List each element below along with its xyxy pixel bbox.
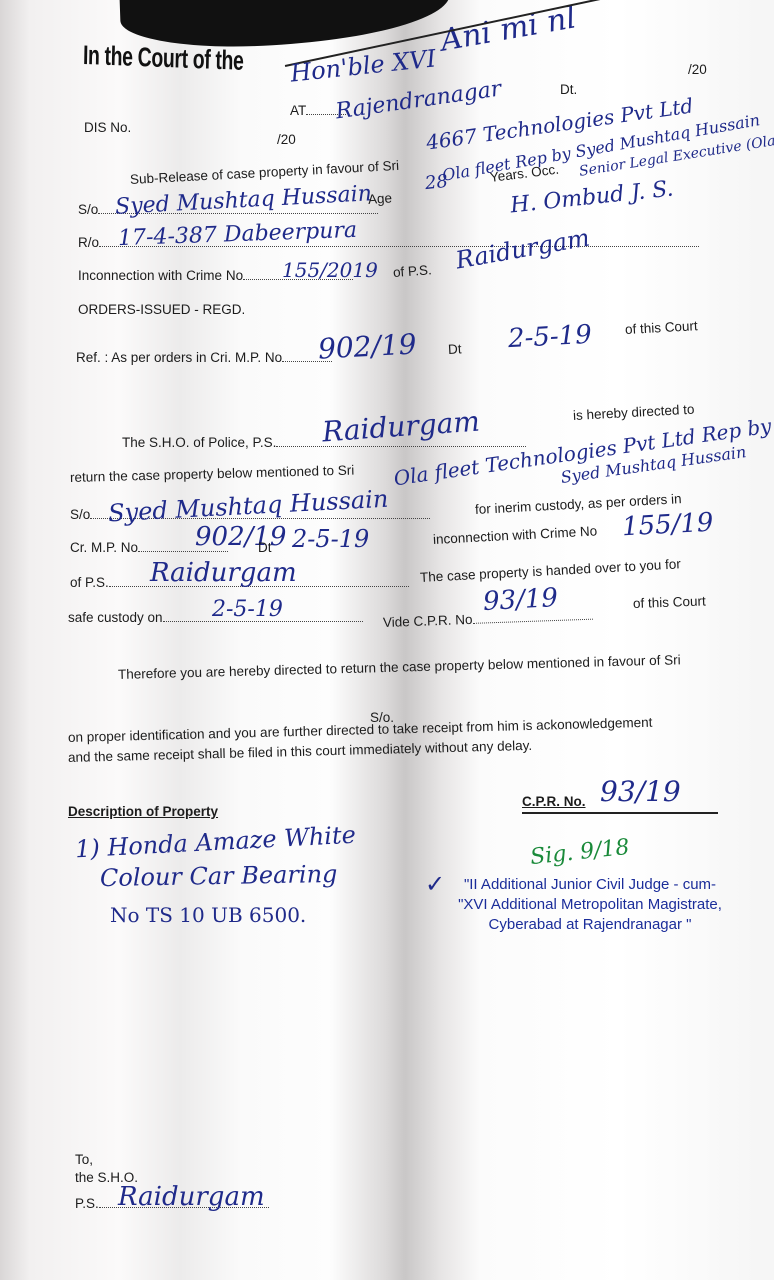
dt-year: /20: [688, 62, 707, 77]
identification-line-1: on proper identification and you are fur…: [68, 715, 653, 745]
age-label: Age: [367, 190, 392, 207]
occ-extra-handwriting: H. Ombud J. S.: [509, 177, 674, 219]
safe-custody-handwriting: 2-5-19: [212, 597, 283, 622]
footer-ps-handwriting: Raidurgam: [118, 1182, 265, 1212]
stamp-line-3: Cyberabad at Rajendranagar ": [440, 915, 740, 935]
ps-label: of P.S.: [392, 262, 432, 280]
stamp-line-1: "II Additional Junior Civil Judge - cum-: [440, 875, 740, 895]
ofps-handwriting: Raidurgam: [150, 558, 297, 588]
stamp-line-2: "XVI Additional Metropolitan Magistrate,: [440, 895, 740, 915]
mp-handwriting: 902/19: [317, 327, 417, 365]
at-handwriting: Rajendranagar: [334, 77, 503, 125]
handed-over: The case property is handed over to you …: [420, 556, 682, 585]
body-of-court: of this Court: [633, 593, 706, 611]
body-crime-handwriting: 155/19: [621, 508, 714, 543]
cpr-handwriting: 93/19: [600, 775, 681, 808]
judge-signature: Sig. 9/18: [529, 835, 631, 870]
dt-label: Dt.: [560, 82, 577, 97]
vide-handwriting: 93/19: [482, 583, 558, 617]
court-stamp: "II Additional Junior Civil Judge - cum-…: [440, 875, 740, 935]
ref-dt-label: Dt: [448, 341, 462, 357]
return-label: return the case property below mentioned…: [70, 463, 355, 485]
cpr-label: C.P.R. No.: [522, 794, 586, 809]
cpr-underline: [522, 812, 718, 814]
body-crime-label: inconnection with Crime No: [433, 523, 598, 547]
property-item-2: Colour Car Bearing: [100, 860, 338, 892]
therefore-text: Therefore you are hereby directed to ret…: [118, 652, 681, 682]
court-handwriting: Hon'ble XVI: [289, 44, 437, 87]
ref-label: Ref. : As per orders in Cri. M.P. No: [76, 350, 332, 365]
crime-handwriting: 155/2019: [282, 258, 378, 282]
orders-issued: ORDERS-ISSUED - REGD.: [78, 302, 245, 317]
dis-no-year: /20: [277, 132, 296, 147]
age-handwriting: 28: [424, 171, 449, 194]
to-label: To,: [75, 1152, 93, 1167]
ps-handwriting: Raidurgam: [454, 223, 592, 274]
property-heading: Description of Property: [68, 804, 218, 819]
crmp-dt-handwriting: 2-5-19: [292, 525, 369, 553]
crmp-handwriting: 902/19: [195, 522, 286, 552]
crmp-dt-label: Dt: [258, 540, 272, 555]
directed-to: is hereby directed to: [573, 402, 695, 423]
property-item-3: No TS 10 UB 6500.: [110, 903, 306, 927]
ref-of-court: of this Court: [625, 318, 698, 337]
dis-no-label: DIS No.: [84, 120, 131, 135]
property-item-1: 1) Honda Amaze White: [74, 821, 356, 864]
ref-dt-handwriting: 2-5-19: [507, 320, 592, 354]
court-title: In the Court of the: [83, 40, 244, 77]
